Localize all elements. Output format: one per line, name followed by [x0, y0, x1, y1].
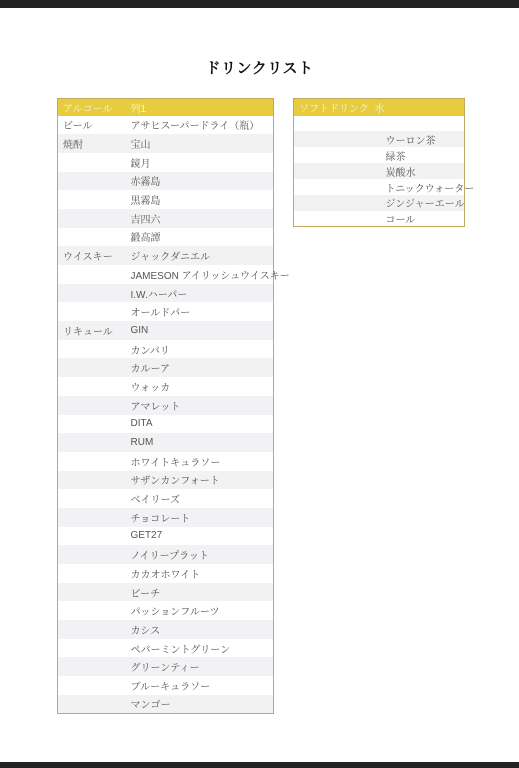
category-cell — [58, 190, 126, 209]
table-row: ピーチ — [58, 583, 274, 602]
table-row: I.W.ハーパー — [58, 284, 274, 303]
category-cell — [58, 695, 126, 714]
item-cell: カシス — [126, 620, 274, 639]
item-cell: アマレット — [126, 396, 274, 415]
item-cell: アサヒスーパードライ（瓶） — [126, 116, 274, 135]
table-row: 黒霧島 — [58, 190, 274, 209]
item-cell: 鏡月 — [126, 153, 274, 172]
table-row: 緑茶 — [294, 147, 465, 163]
category-cell — [58, 433, 126, 452]
alcohol-header-row: アルコール 列1 — [58, 99, 274, 116]
category-cell — [58, 415, 126, 434]
category-cell — [58, 377, 126, 396]
category-cell: リキュール — [58, 321, 126, 340]
table-row: コール — [294, 211, 465, 227]
item-cell: ジャックダニエル — [126, 246, 274, 265]
page-title: ドリンクリスト — [0, 57, 519, 78]
category-cell — [58, 489, 126, 508]
item-cell: 吉四六 — [126, 209, 274, 228]
table-row: ノイリープラット — [58, 545, 274, 564]
table-row: マンゴー — [58, 695, 274, 714]
table-row: ホワイトキュラソー — [58, 452, 274, 471]
category-cell — [58, 209, 126, 228]
item-cell: ベイリーズ — [126, 489, 274, 508]
table-row: ペパーミントグリーン — [58, 639, 274, 658]
category-cell: ビール — [58, 116, 126, 135]
item-cell: 宝山 — [126, 134, 274, 153]
item-cell: ブルーキュラソー — [126, 676, 274, 695]
table-row: ジンジャーエール — [294, 195, 465, 211]
item-cell: トニックウォーター — [370, 179, 465, 195]
table-row: チョコレート — [58, 508, 274, 527]
item-cell: 炭酸水 — [370, 163, 465, 179]
softdrink-category-header: ソフトドリンク — [294, 99, 370, 116]
category-cell — [58, 284, 126, 303]
table-row: JAMESON アイリッシュウイスキー — [58, 265, 274, 284]
category-cell — [58, 564, 126, 583]
category-cell — [294, 163, 370, 179]
top-frame-bar — [0, 0, 519, 8]
item-cell — [370, 116, 465, 132]
item-cell: オールドパー — [126, 302, 274, 321]
item-cell: GET27 — [126, 527, 274, 546]
item-cell: ペパーミントグリーン — [126, 639, 274, 658]
category-cell: ウイスキー — [58, 246, 126, 265]
table-row: カルーア — [58, 358, 274, 377]
item-cell: サザンカンフォート — [126, 471, 274, 490]
softdrink-table-body: ウーロン茶緑茶炭酸水トニックウォータージンジャーエールコール — [294, 116, 465, 227]
category-cell — [58, 545, 126, 564]
item-cell: 緑茶 — [370, 147, 465, 163]
category-cell — [294, 179, 370, 195]
category-cell — [58, 657, 126, 676]
table-row: ブルーキュラソー — [58, 676, 274, 695]
category-cell — [58, 601, 126, 620]
category-cell — [58, 452, 126, 471]
table-row: ビールアサヒスーパードライ（瓶） — [58, 116, 274, 135]
item-cell: RUM — [126, 433, 274, 452]
table-row: サザンカンフォート — [58, 471, 274, 490]
item-cell: ピーチ — [126, 583, 274, 602]
table-row: 炭酸水 — [294, 163, 465, 179]
category-cell — [58, 508, 126, 527]
category-cell — [58, 620, 126, 639]
item-cell: カンパリ — [126, 340, 274, 359]
item-cell: ジンジャーエール — [370, 195, 465, 211]
item-cell: ウォッカ — [126, 377, 274, 396]
table-row: オールドパー — [58, 302, 274, 321]
item-cell: DITA — [126, 415, 274, 434]
category-cell — [58, 471, 126, 490]
softdrink-table: ソフトドリンク 水 ウーロン茶緑茶炭酸水トニックウォータージンジャーエールコール — [293, 98, 465, 227]
table-row — [294, 116, 465, 132]
table-row: 吉四六 — [58, 209, 274, 228]
item-cell: ウーロン茶 — [370, 131, 465, 147]
table-row: アマレット — [58, 396, 274, 415]
category-cell — [58, 527, 126, 546]
table-row: トニックウォーター — [294, 179, 465, 195]
alcohol-table-body: ビールアサヒスーパードライ（瓶）焼酎宝山鏡月赤霧島黒霧島吉四六鍛高譚ウイスキージ… — [58, 116, 274, 714]
category-cell — [58, 228, 126, 247]
item-cell: カカオホワイト — [126, 564, 274, 583]
category-cell — [58, 172, 126, 191]
category-cell — [294, 211, 370, 227]
item-cell: パッションフルーツ — [126, 601, 274, 620]
table-row: 赤霧島 — [58, 172, 274, 191]
table-row: ベイリーズ — [58, 489, 274, 508]
category-cell — [58, 153, 126, 172]
table-row: カカオホワイト — [58, 564, 274, 583]
category-cell — [294, 195, 370, 211]
item-cell: I.W.ハーパー — [126, 284, 274, 303]
item-cell: ホワイトキュラソー — [126, 452, 274, 471]
category-cell — [58, 583, 126, 602]
alcohol-category-header: アルコール — [58, 99, 126, 116]
item-cell: 赤霧島 — [126, 172, 274, 191]
table-row: RUM — [58, 433, 274, 452]
category-cell — [58, 265, 126, 284]
table-row: パッションフルーツ — [58, 601, 274, 620]
table-row: カンパリ — [58, 340, 274, 359]
category-cell — [58, 639, 126, 658]
table-row: DITA — [58, 415, 274, 434]
table-row: グリーンティー — [58, 657, 274, 676]
item-cell: グリーンティー — [126, 657, 274, 676]
alcohol-item-header: 列1 — [126, 99, 274, 116]
category-cell — [294, 131, 370, 147]
category-cell — [294, 147, 370, 163]
item-cell: コール — [370, 211, 465, 227]
table-row: リキュールGIN — [58, 321, 274, 340]
item-cell: チョコレート — [126, 508, 274, 527]
table-row: ウォッカ — [58, 377, 274, 396]
category-cell — [294, 116, 370, 132]
alcohol-table: アルコール 列1 ビールアサヒスーパードライ（瓶）焼酎宝山鏡月赤霧島黒霧島吉四六… — [57, 98, 274, 714]
category-cell — [58, 676, 126, 695]
item-cell: 鍛高譚 — [126, 228, 274, 247]
table-row: GET27 — [58, 527, 274, 546]
table-row: 鏡月 — [58, 153, 274, 172]
item-cell: ノイリープラット — [126, 545, 274, 564]
category-cell: 焼酎 — [58, 134, 126, 153]
table-row: カシス — [58, 620, 274, 639]
table-row: ウーロン茶 — [294, 131, 465, 147]
table-row: 焼酎宝山 — [58, 134, 274, 153]
category-cell — [58, 302, 126, 321]
item-cell: GIN — [126, 321, 274, 340]
bottom-frame-bar — [0, 762, 519, 768]
category-cell — [58, 340, 126, 359]
softdrink-header-row: ソフトドリンク 水 — [294, 99, 465, 116]
item-cell: JAMESON アイリッシュウイスキー — [126, 265, 274, 284]
item-cell: カルーア — [126, 358, 274, 377]
softdrink-item-header: 水 — [370, 99, 465, 116]
item-cell: 黒霧島 — [126, 190, 274, 209]
category-cell — [58, 396, 126, 415]
category-cell — [58, 358, 126, 377]
item-cell: マンゴー — [126, 695, 274, 714]
table-row: 鍛高譚 — [58, 228, 274, 247]
table-row: ウイスキージャックダニエル — [58, 246, 274, 265]
